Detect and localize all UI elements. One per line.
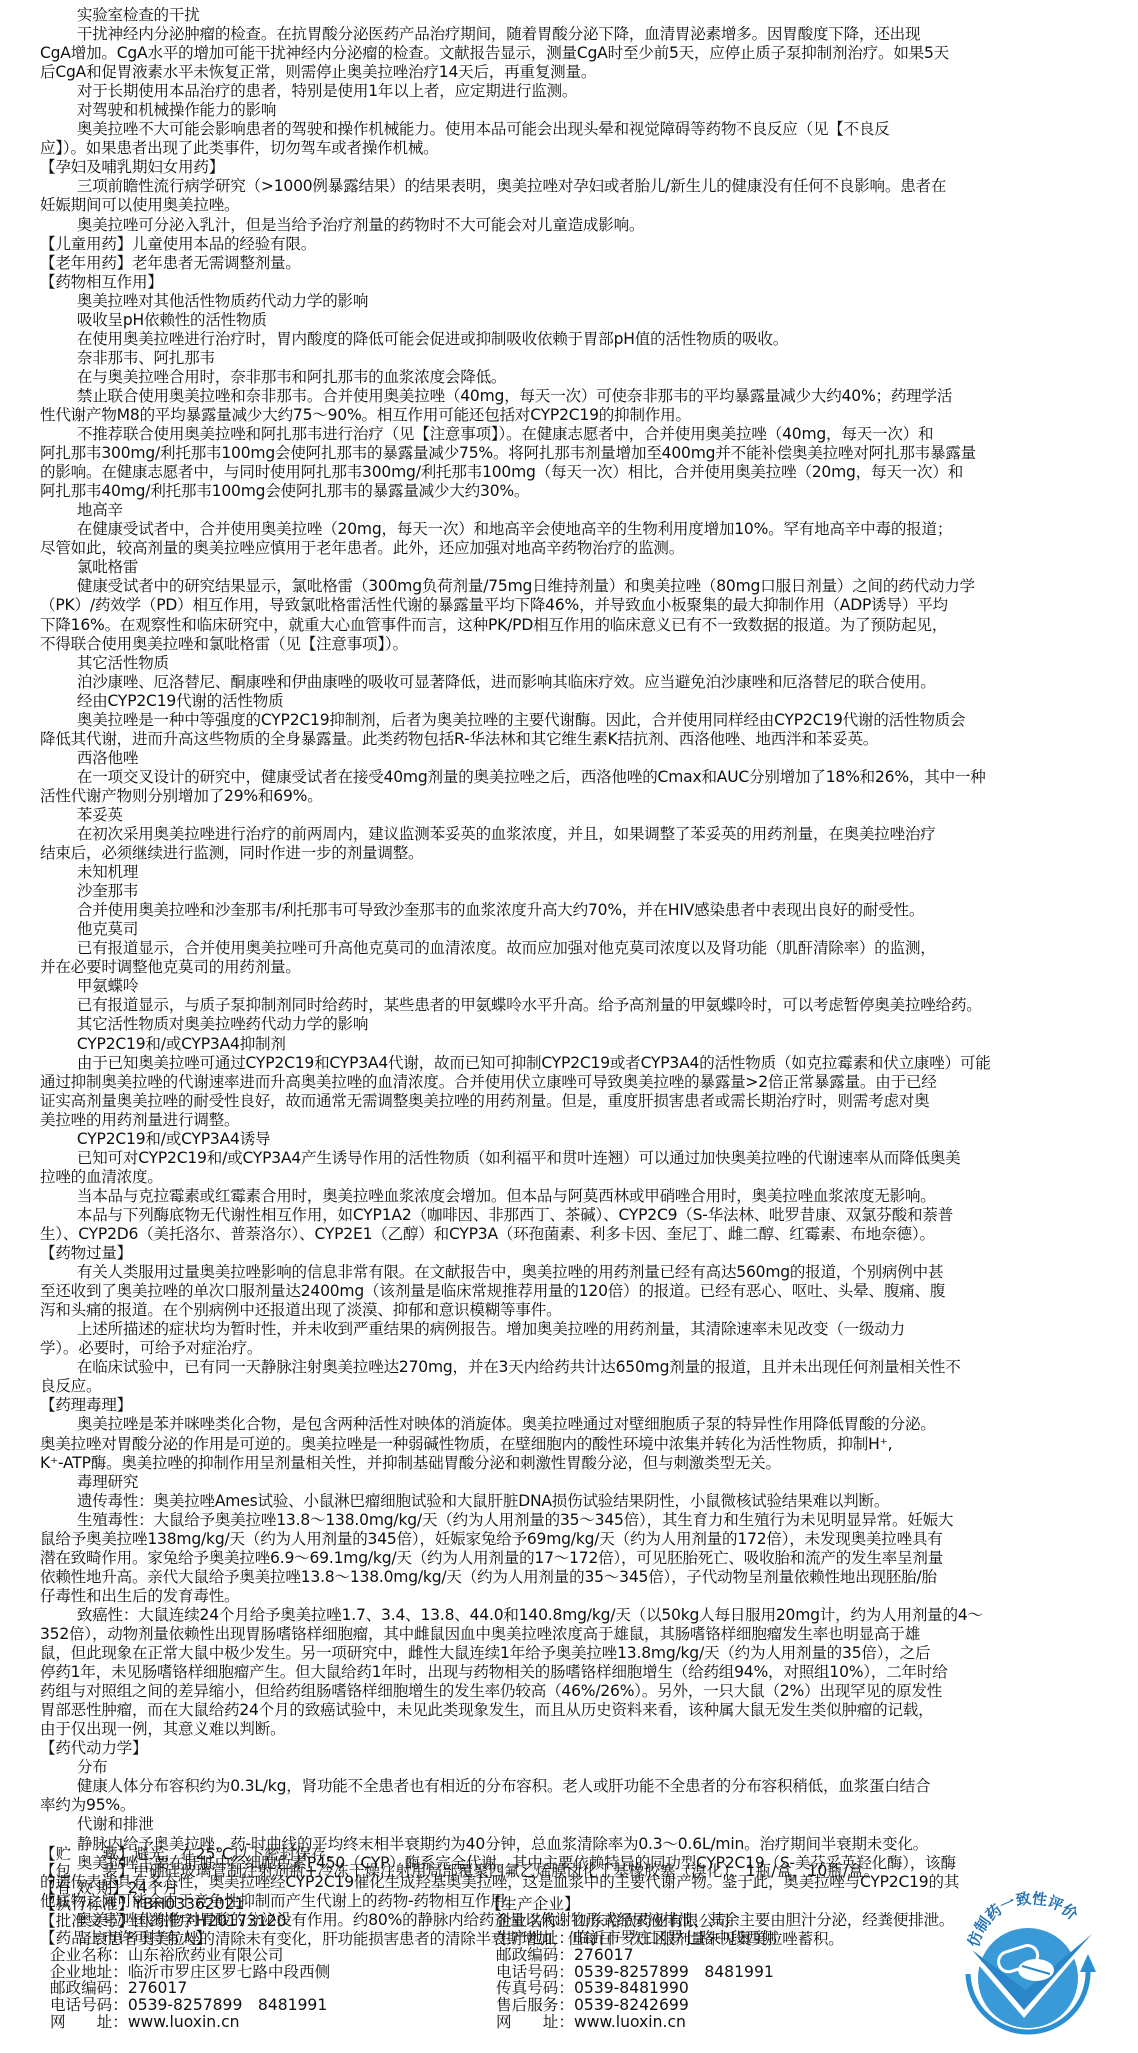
paragraph-line-indented: 在初次采用奥美拉唑进行治疗的前两周内，建议监测苯妥英的血浆浓度，并且，如果调整了…: [40, 825, 1098, 844]
paragraph-line: 泻和头痛的报道。在个别病例中还报道出现了淡漠、抑郁和意识模糊等事件。: [40, 1301, 1098, 1320]
manufacturer-label: 生产地址：: [496, 1929, 574, 1947]
holder-value: www.luoxin.cn: [128, 2013, 240, 2031]
section-heading: 【药理毒理】: [40, 1396, 1098, 1415]
section-heading: 【孕妇及哺乳期妇女用药】: [40, 158, 1098, 177]
paragraph-line-indented: 三项前瞻性流行病学研究（>1000例暴露结果）的结果表明，奥美拉唑对孕妇或者胎儿…: [40, 177, 1098, 196]
paragraph-line: 奥美拉唑对胃酸分泌的作用是可逆的。奥美拉唑是一种弱碱性物质，在壁细胞内的酸性环境…: [40, 1435, 1098, 1454]
holder-label: 网 址：: [50, 2013, 128, 2031]
paragraph-line-indented: 奥美拉唑可分泌入乳汁，但是当给予治疗剂量的药物时不大可能会对儿童造成影响。: [40, 216, 1098, 235]
paragraph-line: 应】）。如果患者出现了此类事件，切勿驾车或者操作机械。: [40, 139, 1098, 158]
manufacturer-row: 传真号码：0539-8481990: [486, 1980, 777, 1997]
manufacturer-row: 生产地址：临沂市罗庄区罗七路中段西侧: [486, 1930, 777, 1947]
paragraph-line: （PK）/药效学（PD）相互作用，导致氯吡格雷活性代谢的暴露量平均下降46%，并…: [40, 596, 1098, 615]
paragraph-line: 药组与对照组之间的差异缩小，但给药组肠嗜铬样细胞增生的发生率仍较高（46%/26…: [40, 1682, 1098, 1701]
paragraph-line: 至还收到了奥美拉唑的单次口服剂量达2400mg（该剂量是临床常规推荐用量的120…: [40, 1282, 1098, 1301]
approval-value: 国药准字H20173120: [133, 1912, 286, 1930]
manufacturer-row: 网 址：www.luoxin.cn: [486, 2014, 777, 2031]
holder-label: 企业地址：: [50, 1963, 128, 1981]
manufacturer-value: 临沂市罗庄区罗七路中段西侧: [574, 1929, 777, 1947]
paragraph-line-indented: 在使用奥美拉唑进行治疗时，胃内酸度的降低可能会促进或抑制吸收依赖于胃部pH值的活…: [40, 330, 1098, 349]
paragraph-line: 停药1年，未见肠嗜铬样细胞瘤产生。但大鼠给药1年时，出现与药物相关的肠嗜铬样细胞…: [40, 1663, 1098, 1682]
paragraph-line-indented: 在健康受试者中，合并使用奥美拉唑（20mg，每天一次）和地高辛会使地高辛的生物利…: [40, 520, 1098, 539]
paragraph-line-indented: 他克莫司: [40, 920, 1098, 939]
paragraph-line-indented: 奥美拉唑是苯并咪唑类化合物，是包含两种活性对映体的消旋体。奥美拉唑通过对壁细胞质…: [40, 1415, 1098, 1434]
paragraph-line-indented: 健康受试者中的研究结果显示，氯吡格雷（300mg负荷剂量/75mg日维持剂量）和…: [40, 577, 1098, 596]
paragraph-line-indented: 由于已知奥美拉唑可通过CYP2C19和CYP3A4代谢，故而已知可抑制CYP2C…: [40, 1054, 1098, 1073]
paragraph-line-indented: 不推荐联合使用奥美拉唑和阿扎那韦进行治疗（见【注意事项】）。在健康志愿者中，合并…: [40, 425, 1098, 444]
paragraph-line-indented: 沙奎那韦: [40, 882, 1098, 901]
paragraph-line-indented: 遗传毒性：奥美拉唑Ames试验、小鼠淋巴瘤细胞试验和大鼠肝脏DNA损伤试验结果阴…: [40, 1492, 1098, 1511]
paragraph-line-indented: 已知可对CYP2C19和/或CYP3A4产生诱导作用的活性物质（如利福平和贯叶连…: [40, 1149, 1098, 1168]
manufacturer-value: 0539-8257899 8481991: [574, 1963, 774, 1981]
holder-value: 276017: [128, 1979, 187, 1997]
paragraph-line-indented: 对驾驶和机械操作能力的影响: [40, 101, 1098, 120]
paragraph-line-indented: 上述所描述的症状均为暂时性，并未收到严重结果的病例报告。增加奥美拉唑的用药剂量，…: [40, 1320, 1098, 1339]
manufacturer-value: 0539-8242699: [574, 1996, 689, 2014]
paragraph-line: CgA增加。CgA水平的增加可能干扰神经内分泌瘤的检查。文献报告显示，测量CgA…: [40, 44, 1098, 63]
paragraph-line: 潜在致畸作用。家兔给予奥美拉唑6.9～69.1mg/kg/天（约为人用剂量的17…: [40, 1549, 1098, 1568]
holder-value: 山东裕欣药业有限公司: [128, 1946, 284, 1964]
paragraph-line-indented: 实验室检查的干扰: [40, 6, 1098, 25]
paragraph-line: 结束后，必须继续进行监测，同时作进一步的剂量调整。: [40, 844, 1098, 863]
paragraph-line: 尽管如此，较高剂量的奥美拉唑应慎用于老年患者。此外，还应加强对地高辛药物治疗的监…: [40, 539, 1098, 558]
holder-value: 0539-8257899 8481991: [128, 1996, 327, 2014]
manufacturer-row: 企业名称：山东裕欣药业有限公司: [486, 1913, 777, 1930]
paragraph-line-indented: 合并使用奥美拉唑和沙奎那韦/利托那韦可导致沙奎那韦的血浆浓度升高大约70%，并在…: [40, 901, 1098, 920]
section-heading: 【药代动力学】: [40, 1739, 1098, 1758]
paragraph-line: 降低其代谢，进而升高这些物质的全身暴露量。此类药物包括R-华法林和其它维生素K拮…: [40, 730, 1098, 749]
paragraph-line: 后CgA和促胃液素水平未恢复正常，则需停止奥美拉唑治疗14天后，再重复测量。: [40, 63, 1098, 82]
consistency-evaluation-badge-icon: 仿制药一致性评价: [950, 1886, 1110, 2051]
paragraph-line: 352倍），动物剂量依赖性出现胃肠嗜铬样细胞瘤，其中雌鼠因血中奥美拉唑浓度高于雄…: [40, 1625, 1098, 1644]
paragraph-line-indented: 泊沙康唑、厄洛替尼、酮康唑和伊曲康唑的吸收可显著降低，进而影响其临床疗效。应当避…: [40, 673, 1098, 692]
holder-label: 邮政编码：: [50, 1979, 128, 1997]
paragraph-line: 阿扎那韦40mg/利托那韦100mg会使阿扎那韦的暴露量减少大约30%。: [40, 482, 1098, 501]
paragraph-line-indented: 吸收呈pH依赖性的活性物质: [40, 311, 1098, 330]
paragraph-line-indented: 奥美拉唑是一种中等强度的CYP2C19抑制剂，后者为奥美拉唑的主要代谢酶。因此，…: [40, 711, 1098, 730]
paragraph-line: 通过抑制奥美拉唑的代谢速率进而升高奥美拉唑的血清浓度。合并使用伏立康唑可导致奥美…: [40, 1073, 1098, 1092]
package-insert-body: 实验室检查的干扰干扰神经内分泌肿瘤的检查。在抗胃酸分泌医药产品治疗期间，随着胃酸…: [40, 6, 1102, 1949]
paragraph-line-indented: CYP2C19和/或CYP3A4抑制剂: [40, 1035, 1098, 1054]
approval-label: 【批准文号】: [40, 1912, 133, 1930]
paragraph-line: 妊娠期间可以使用奥美拉唑。: [40, 196, 1098, 215]
paragraph-line: 并在必要时调整他克莫司的用药剂量。: [40, 958, 1098, 977]
paragraph-line-indented: 其它活性物质对奥美拉唑药代动力学的影响: [40, 1015, 1098, 1034]
manufacturer-label: 售后服务：: [496, 1996, 574, 2014]
paragraph-line: 率约为95%。: [40, 1796, 1098, 1815]
section-heading: 【老年用药】老年患者无需调整剂量。: [40, 254, 1098, 273]
paragraph-line-indented: 在一项交叉设计的研究中，健康受试者在接受40mg剂量的奥美拉唑之后，西洛他唑的C…: [40, 768, 1098, 787]
holder-label: 企业名称：: [50, 1946, 128, 1964]
paragraph-line-indented: 致癌性：大鼠连续24个月给予奥美拉唑1.7、3.4、13.8、44.0和140.…: [40, 1606, 1098, 1625]
paragraph-line: 阿扎那韦300mg/利托那韦100mg会使阿扎那韦的暴露量减少75%。将阿扎那韦…: [40, 444, 1098, 463]
manufacturer-label: 传真号码：: [496, 1979, 574, 1997]
manufacturer-label: 企业名称：: [496, 1912, 574, 1930]
manufacturer-label: 电话号码：: [496, 1963, 574, 1981]
validity-label: 【有 效 期】: [40, 1879, 128, 1897]
paragraph-line-indented: 经由CYP2C19代谢的活性物质: [40, 692, 1098, 711]
standard-label: 【执行标准】: [40, 1895, 133, 1913]
section-heading: 【儿童用药】儿童使用本品的经验有限。: [40, 235, 1098, 254]
paragraph-line-indented: 氯吡格雷: [40, 558, 1098, 577]
paragraph-line: 证实高剂量奥美拉唑的耐受性良好，故而通常无需调整奥美拉唑的用药剂量。但是，重度肝…: [40, 1092, 1098, 1111]
paragraph-line-indented: 在与奥美拉唑合用时，奈非那韦和阿扎那韦的血浆浓度会降低。: [40, 368, 1098, 387]
paragraph-line: K⁺-ATP酶。奥美拉唑的抑制作用呈剂量相关性，并抑制基础胃酸分泌和刺激性胃酸分…: [40, 1454, 1098, 1473]
package-line: 【包 装】中硼硅玻璃管制注射剂瓶+冷冻干燥注射用局部覆聚四氟乙烯膜卤化丁基橡胶塞…: [40, 1863, 1098, 1880]
paragraph-line: 的影响。在健康志愿者中，与同时使用阿扎那韦300mg/利托那韦100mg（每天一…: [40, 463, 1098, 482]
manufacturer-block: 【生产企业】 企业名称：山东裕欣药业有限公司 生产地址：临沂市罗庄区罗七路中段西…: [486, 1896, 777, 2030]
paragraph-line-indented: 毒理研究: [40, 1473, 1098, 1492]
manufacturer-row: 邮政编码：276017: [486, 1947, 777, 1964]
paragraph-line: 学）。必要时，可给予对症治疗。: [40, 1339, 1098, 1358]
storage-value: 避光，在25℃以下密封保存。: [133, 1845, 341, 1863]
paragraph-line: 下降16%。在观察性和临床研究中，就重大心血管事件而言，这种PK/PD相互作用的…: [40, 616, 1098, 635]
paragraph-line-indented: 奥美拉唑不大可能会影响患者的驾驶和操作机械能力。使用本品可能会出现头晕和视觉障碍…: [40, 120, 1098, 139]
paragraph-line-indented: CYP2C19和/或CYP3A4诱导: [40, 1130, 1098, 1149]
paragraph-line: 依赖性地升高。亲代大鼠给予奥美拉唑13.8～138.0mg/kg/天（约为人用剂…: [40, 1568, 1098, 1587]
standard-value: YBH03362021: [133, 1895, 244, 1913]
paragraph-line-indented: 生殖毒性：大鼠给予奥美拉唑13.8～138.0mg/kg/天（约为人用剂量的35…: [40, 1511, 1098, 1530]
storage-line: 【贮 藏】避光，在25℃以下密封保存。: [40, 1846, 1098, 1863]
paragraph-line-indented: 代谢和排泄: [40, 1815, 1098, 1834]
paragraph-line: 由于仅出现一例，其意义难以判断。: [40, 1720, 1098, 1739]
storage-label: 【贮 藏】: [40, 1845, 133, 1863]
paragraph-line: 生）、CYP2D6（美托洛尔、普萘洛尔）、CYP2E1（乙醇）和CYP3A（环孢…: [40, 1225, 1098, 1244]
manufacturer-value: www.luoxin.cn: [574, 2013, 686, 2031]
paragraph-line: 胃部恶性肿瘤，而在大鼠给药24个月的致癌试验中，未见此类现象发生，而且从历史资料…: [40, 1701, 1098, 1720]
package-insert-footer: 【贮 藏】避光，在25℃以下密封保存。 【包 装】中硼硅玻璃管制注射剂瓶+冷冻干…: [40, 1846, 1100, 2031]
package-label: 【包 装】: [40, 1862, 133, 1880]
paragraph-line-indented: 本品与下列酶底物无代谢性相互作用，如CYP1A2（咖啡因、非那西丁、茶碱）、CY…: [40, 1206, 1098, 1225]
manufacturer-row: 售后服务：0539-8242699: [486, 1997, 777, 2014]
paragraph-line: 鼠给予奥美拉唑138mg/kg/天（约为人用剂量的345倍），妊娠家兔给予69m…: [40, 1530, 1098, 1549]
section-heading: 【药物相互作用】: [40, 273, 1098, 292]
manufacturer-label: 网 址：: [496, 2013, 574, 2031]
paragraph-line: 鼠，但此现象在正常大鼠中极少发生。另一项研究中，雌性大鼠连续1年给予奥美拉唑13…: [40, 1644, 1098, 1663]
manufacturer-value: 0539-8481990: [574, 1979, 689, 1997]
paragraph-line-indented: 西洛他唑: [40, 749, 1098, 768]
manufacturer-heading: 【生产企业】: [486, 1896, 777, 1913]
paragraph-line-indented: 奥美拉唑对其他活性物质药代动力学的影响: [40, 292, 1098, 311]
manufacturer-row: 电话号码：0539-8257899 8481991: [486, 1964, 777, 1981]
paragraph-line-indented: 其它活性物质: [40, 654, 1098, 673]
holder-value: 临沂市罗庄区罗七路中段西侧: [128, 1963, 330, 1981]
paragraph-line: 良反应。: [40, 1377, 1098, 1396]
package-value: 中硼硅玻璃管制注射剂瓶+冷冻干燥注射用局部覆聚四氟乙烯膜卤化丁基橡胶塞（溴化），…: [133, 1862, 879, 1880]
paragraph-line: 拉唑的血清浓度。: [40, 1168, 1098, 1187]
paragraph-line-indented: 甲氨蝶呤: [40, 977, 1098, 996]
paragraph-line-indented: 有关人类服用过量奥美拉唑影响的信息非常有限。在文献报告中，奥美拉唑的用药剂量已经…: [40, 1263, 1098, 1282]
holder-label: 电话号码：: [50, 1996, 128, 2014]
paragraph-line-indented: 奈非那韦、阿扎那韦: [40, 349, 1098, 368]
paragraph-line: 性代谢产物M8的平均暴露量减少大约75～90%。相互作用可能还包括对CYP2C1…: [40, 406, 1098, 425]
paragraph-line-indented: 当本品与克拉霉素或红霉素合用时，奥美拉唑血浆浓度会增加。但本品与阿莫西林或甲硝唑…: [40, 1187, 1098, 1206]
paragraph-line-indented: 未知机理: [40, 863, 1098, 882]
paragraph-line-indented: 苯妥英: [40, 806, 1098, 825]
paragraph-line: 不得联合使用奥美拉唑和氯吡格雷（见【注意事项】）。: [40, 635, 1098, 654]
paragraph-line: 仔毒性和出生后的发育毒性。: [40, 1587, 1098, 1606]
paragraph-line-indented: 健康人体分布容积约为0.3L/kg，肾功能不全患者也有相近的分布容积。老人或肝功…: [40, 1777, 1098, 1796]
validity-line: 【有 效 期】24个月: [40, 1880, 1098, 1897]
validity-value: 24个月: [128, 1879, 179, 1897]
paragraph-line-indented: 干扰神经内分泌肿瘤的检查。在抗胃酸分泌医药产品治疗期间，随着胃酸分泌下降，血清胃…: [40, 25, 1098, 44]
paragraph-line-indented: 已有报道显示，与质子泵抑制剂同时给药时，某些患者的甲氨蝶呤水平升高。给予高剂量的…: [40, 996, 1098, 1015]
paragraph-line-indented: 在临床试验中，已有同一天静脉注射奥美拉唑达270mg，并在3天内给药共计达650…: [40, 1358, 1098, 1377]
manufacturer-value: 276017: [574, 1946, 634, 1964]
paragraph-line-indented: 禁止联合使用奥美拉唑和奈非那韦。合并使用奥美拉唑（40mg，每天一次）可使奈非那…: [40, 387, 1098, 406]
manufacturer-value: 山东裕欣药业有限公司: [574, 1912, 730, 1930]
paragraph-line: 美拉唑的用药剂量进行调整。: [40, 1111, 1098, 1130]
paragraph-line-indented: 地高辛: [40, 501, 1098, 520]
generic-drug-consistency-logo: 仿制药一致性评价: [950, 1886, 1110, 2051]
section-heading: 【药物过量】: [40, 1244, 1098, 1263]
manufacturer-label: 邮政编码：: [496, 1946, 574, 1964]
paragraph-line: 活性代谢产物则分别增加了29%和69%。: [40, 787, 1098, 806]
paragraph-line-indented: 已有报道显示，合并使用奥美拉唑可升高他克莫司的血清浓度。故而应加强对他克莫司浓度…: [40, 939, 1098, 958]
paragraph-line-indented: 分布: [40, 1758, 1098, 1777]
paragraph-line-indented: 对于长期使用本品治疗的患者，特别是使用1年以上者，应定期进行监测。: [40, 82, 1098, 101]
